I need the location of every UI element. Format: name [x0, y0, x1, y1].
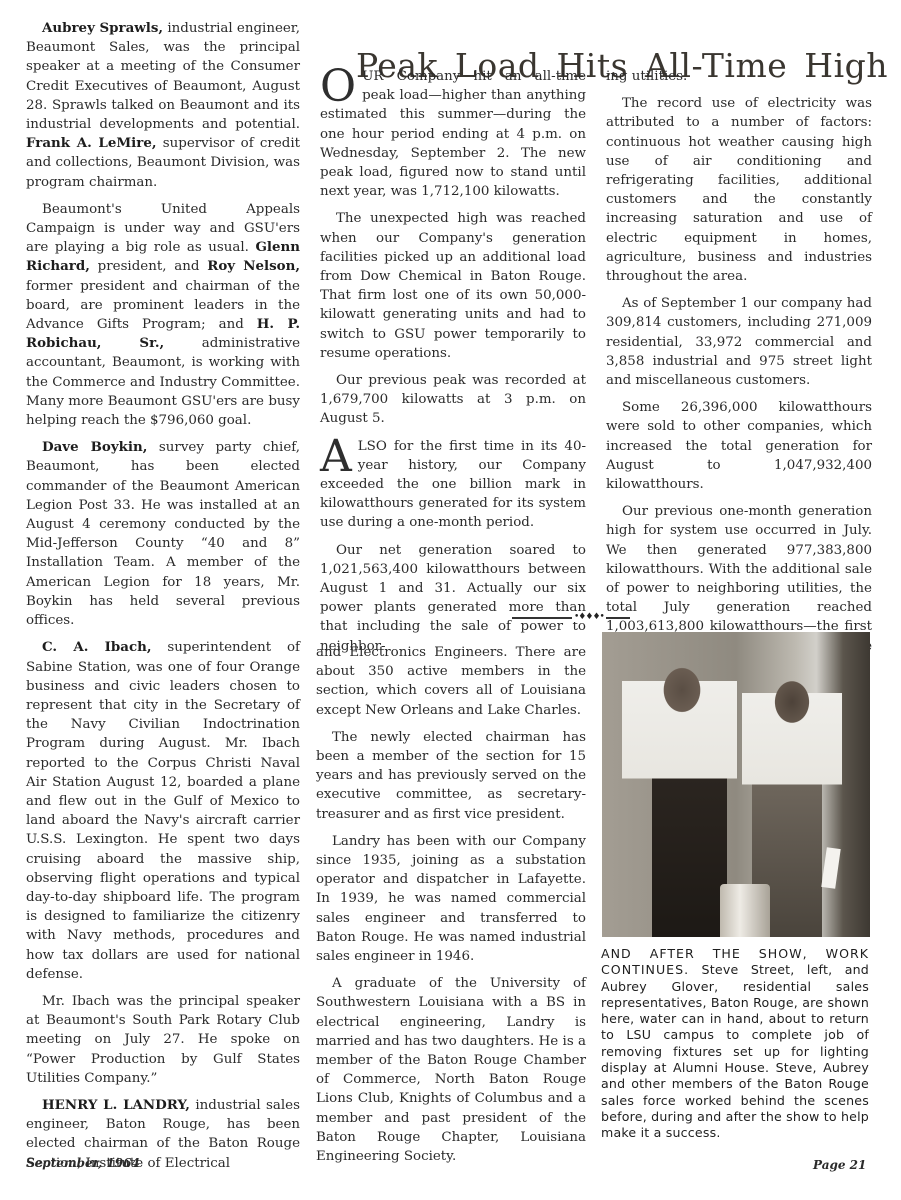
- left-column-news-briefs: Aubrey Sprawls, industrial engineer, Bea…: [26, 19, 300, 1181]
- drop-cap: O: [320, 69, 356, 105]
- person-name: Aubrey Sprawls,: [42, 20, 163, 36]
- photo-caption: AND AFTER THE SHOW, WORK CONTINUES. Stev…: [601, 946, 869, 1142]
- peak-article-column-2: ing utilities. The record use of electri…: [606, 67, 872, 683]
- article-paragraph: The newly elected chairman has been a me…: [316, 728, 586, 824]
- article-paragraph: The unexpected high was reached when our…: [320, 209, 586, 363]
- photo-two-sales-representatives: [602, 632, 870, 937]
- page-number: Page 21: [813, 1158, 866, 1172]
- article-paragraph: ALSO for the first time in its 40-year h…: [320, 437, 586, 533]
- article-paragraph: The record use of electricity was attrib…: [606, 94, 872, 286]
- article-paragraph: Landry has been with our Company since 1…: [316, 832, 586, 966]
- paper-shape: [821, 847, 840, 889]
- brief-sprawls: Aubrey Sprawls, industrial engineer, Bea…: [26, 19, 300, 192]
- brief-united-appeals: Beaumont's United Appeals Campaign is un…: [26, 200, 300, 430]
- paragraph-text: UR Company hit an all-time peak load—hig…: [320, 69, 586, 199]
- brief-ibach-rotary: Mr. Ibach was the principal speaker at B…: [26, 992, 300, 1088]
- article-paragraph: Our previous peak was recorded at 1,679,…: [320, 371, 586, 429]
- water-can-shape: [720, 884, 770, 937]
- paragraph-text: LSO for the first time in its 40-year hi…: [320, 439, 586, 531]
- article-paragraph: OUR Company hit an all-time peak load—hi…: [320, 67, 586, 201]
- person-name: HENRY L. LANDRY,: [42, 1097, 190, 1113]
- person-name: Roy Nelson,: [207, 258, 300, 274]
- article-paragraph: Some 26,396,000 kilowatthours were sold …: [606, 398, 872, 494]
- brief-text: survey party chief, Beaumont, has been e…: [26, 440, 300, 628]
- article-paragraph: and Electronics Engineers. There are abo…: [316, 643, 586, 720]
- peak-article-column-1: OUR Company hit an all-time peak load—hi…: [320, 67, 586, 664]
- landry-article-continued: and Electronics Engineers. There are abo…: [316, 643, 586, 1174]
- article-paragraph: A graduate of the University of Southwes…: [316, 974, 586, 1166]
- article-paragraph: Our net generation soared to 1,021,563,4…: [320, 541, 586, 656]
- brief-boykin: Dave Boykin, survey party chief, Beaumon…: [26, 438, 300, 630]
- issue-date: September, 1964: [26, 1156, 140, 1170]
- person-name: Dave Boykin,: [42, 439, 147, 455]
- article-paragraph: As of September 1 our company had 309,81…: [606, 294, 872, 390]
- person-name: Frank A. LeMire,: [26, 135, 157, 151]
- section-divider-rule: [512, 617, 630, 619]
- brief-text: industrial engineer, Beaumont Sales, was…: [26, 21, 300, 132]
- caption-text: Steve Street, left, and Aubrey Glover, r…: [601, 962, 869, 1140]
- brief-text: president, and: [90, 259, 207, 274]
- divider-ornament-icon: •♦♦♦•: [572, 612, 606, 622]
- brief-text: Mr. Ibach was the principal speaker at B…: [26, 994, 300, 1086]
- person-name: C. A. Ibach,: [42, 639, 152, 655]
- brief-text: superintendent of Sabine Station, was on…: [26, 640, 300, 981]
- drop-cap: A: [320, 439, 352, 475]
- brief-ibach: C. A. Ibach, superintendent of Sabine St…: [26, 638, 300, 984]
- article-paragraph: ing utilities.: [606, 67, 872, 86]
